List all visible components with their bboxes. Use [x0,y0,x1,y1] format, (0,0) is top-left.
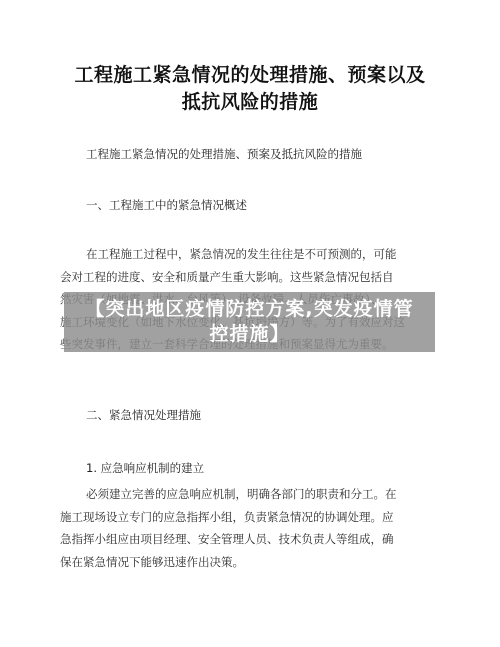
section-1-heading: 一、工程施工中的紧急情况概述 [86,197,247,213]
section-2-paragraph: 必须建立完善的应急响应机制，明确各部门的职责和分工。在 施工现场设立专门的应急指… [60,483,440,573]
document-subtitle: 工程施工紧急情况的处理措施、预案及抵抗风险的措施 [86,146,362,162]
document-title: 工程施工紧急情况的处理措施、预案以及 抵抗风险的措施 [60,62,440,116]
headline-overlay-banner: 【突出地区疫情防控方案,突发疫情管 控措施】 [64,292,435,352]
paragraph-line: 在工程施工过程中，紧急情况的发生往往是不可预测的，可能 [60,243,440,266]
section-2-subheading: 1. 应急响应机制的建立 [86,460,204,476]
paragraph-line: 必须建立完善的应急响应机制，明确各部门的职责和分工。在 [60,483,440,506]
overlay-banner-line-2: 控措施】 [64,322,435,347]
paragraph-line: 施工现场设立专门的应急指挥小组，负责紧急情况的协调处理。应 [60,506,440,529]
section-2-heading: 二、紧急情况处理措施 [86,407,201,423]
document-title-line-1: 工程施工紧急情况的处理措施、预案以及 [60,62,440,89]
paragraph-line: 保在紧急情况下能够迅速作出决策。 [60,551,440,574]
paragraph-line: 急指挥小组应由项目经理、安全管理人员、技术负责人等组成，确 [60,528,440,551]
document-title-line-2: 抵抗风险的措施 [60,89,440,116]
paragraph-line: 会对工程的进度、安全和质量产生重大影响。这些紧急情况包括自 [60,266,440,289]
document-page: 工程施工紧急情况的处理措施、预案以及 抵抗风险的措施 工程施工紧急情况的处理措施… [0,0,500,647]
overlay-banner-line-1: 【突出地区疫情防控方案,突发疫情管 [64,297,435,322]
